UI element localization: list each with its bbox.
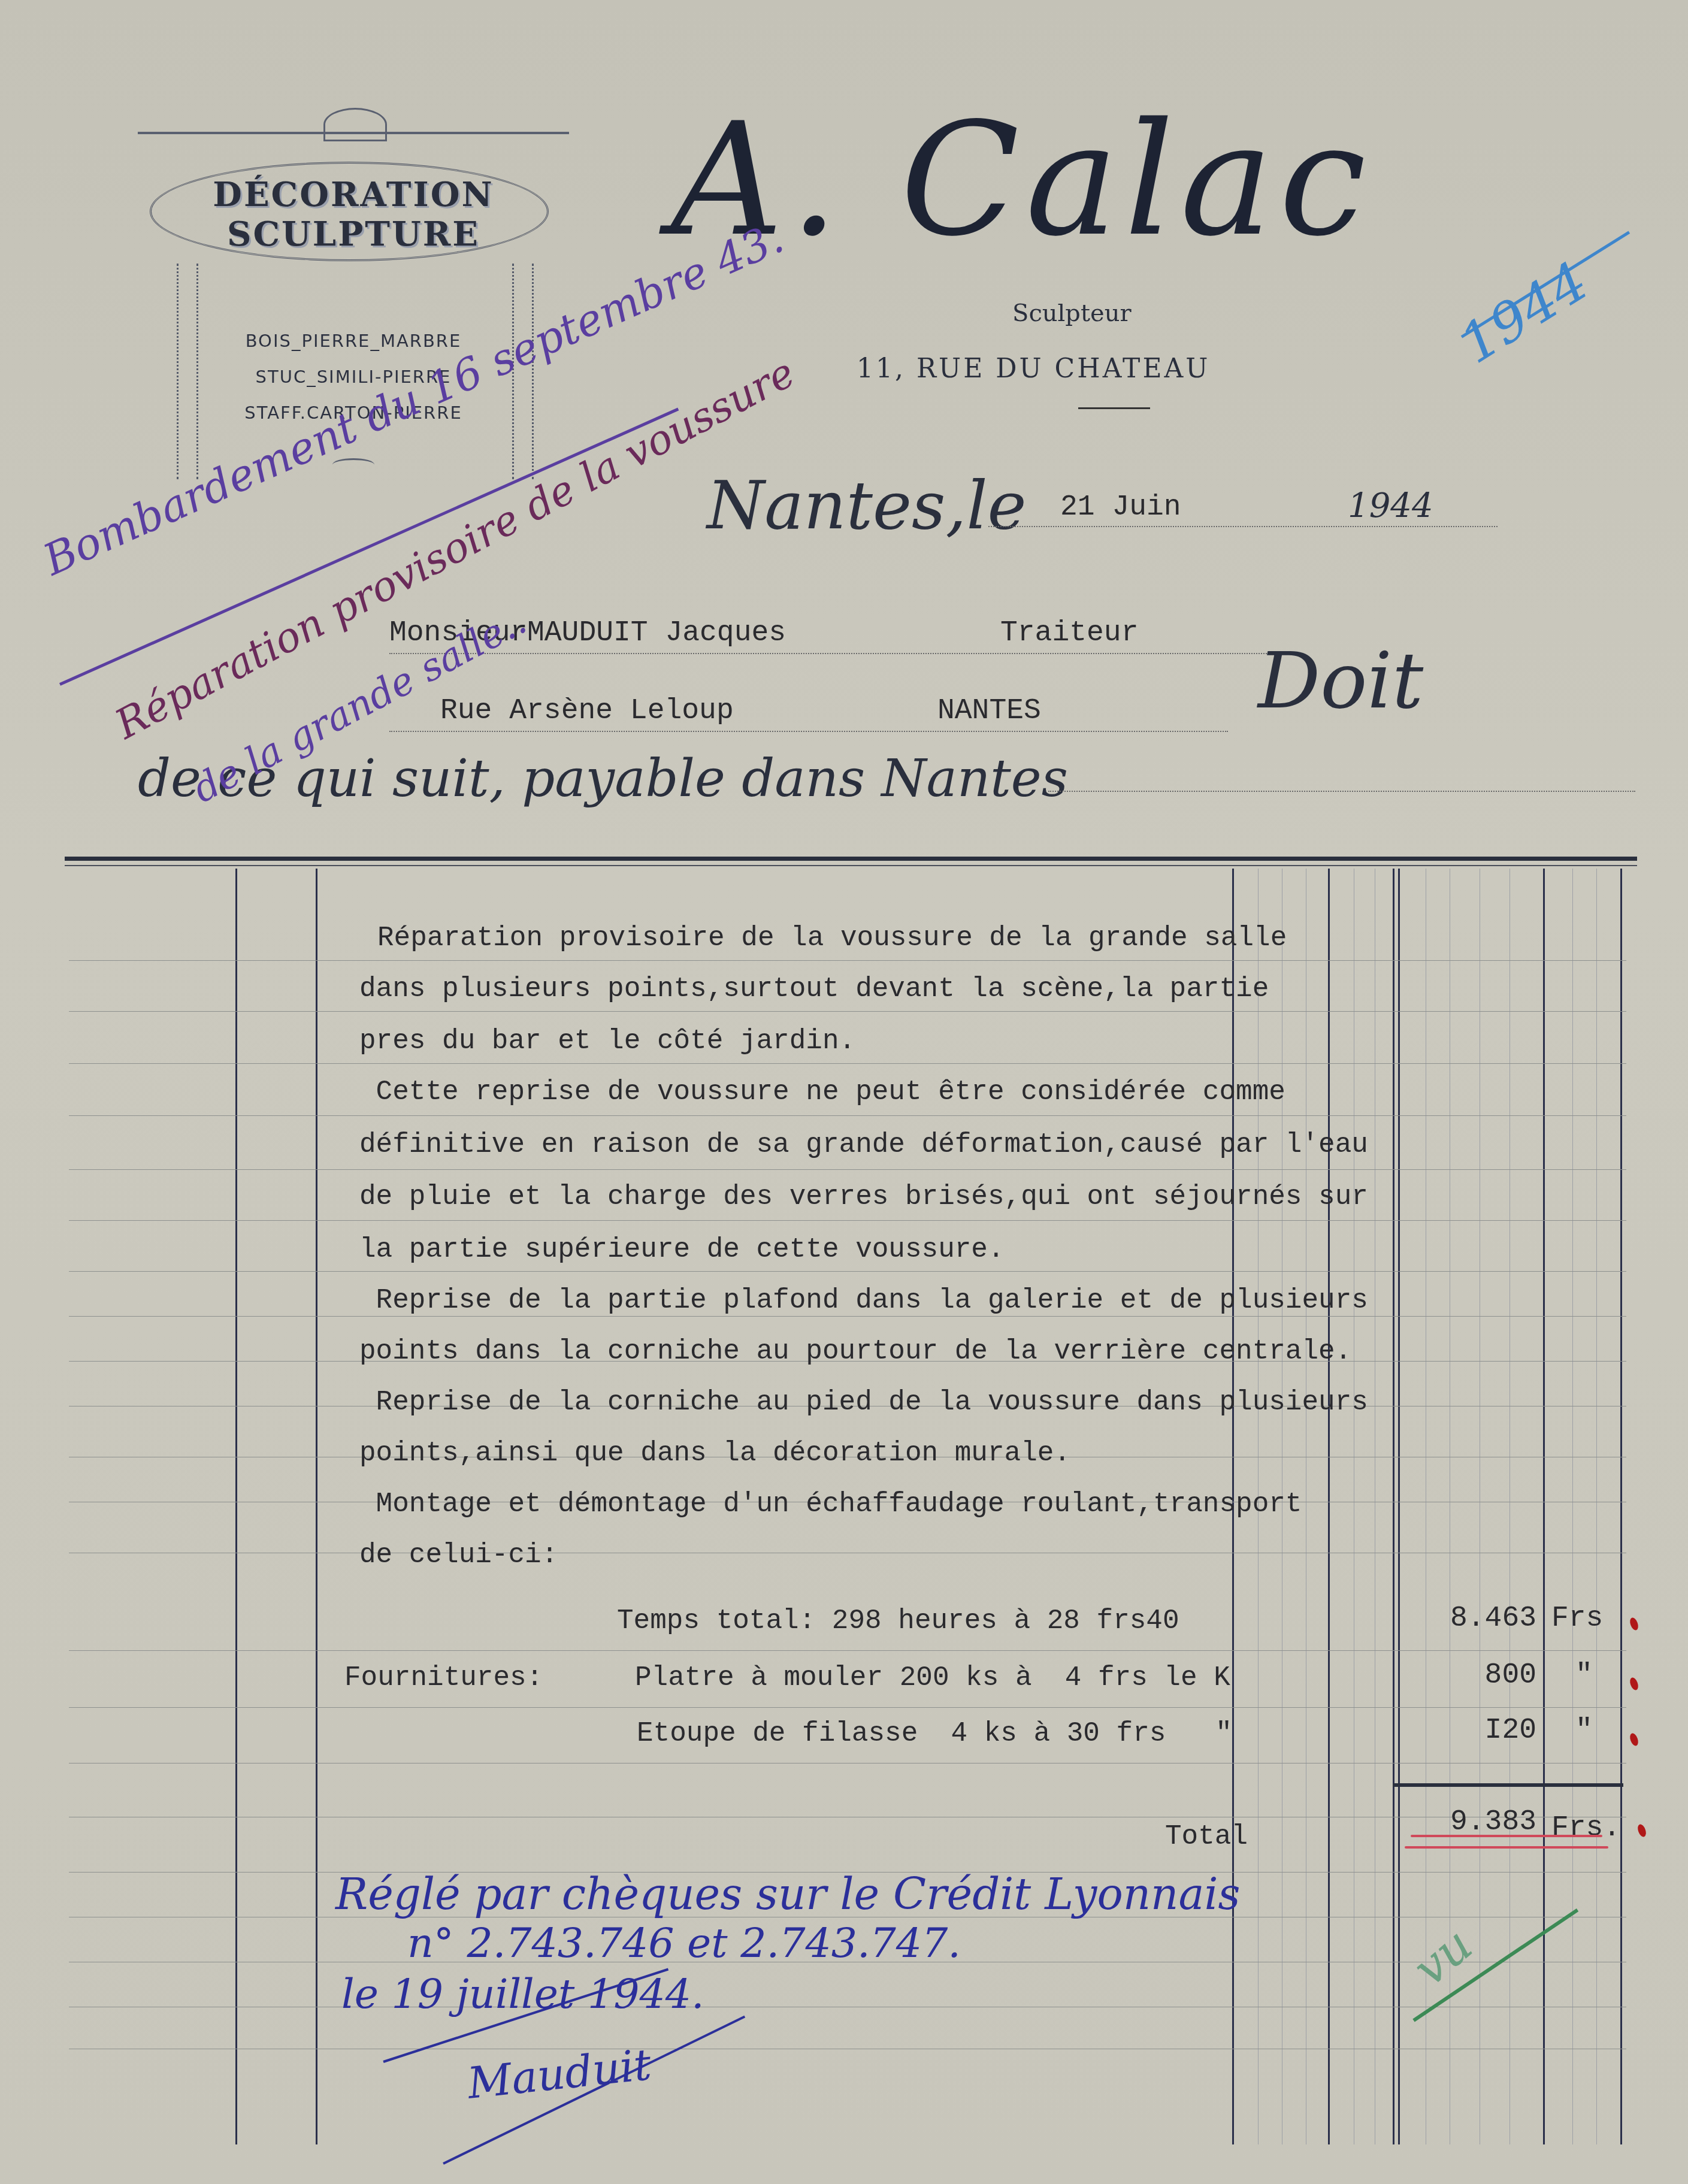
body-line-3: pres du bar et le côté jardin. xyxy=(359,1026,855,1057)
ledger-col-5a xyxy=(1393,869,1394,2144)
body-line-2: dans plusieurs points,surtout devant la … xyxy=(359,973,1269,1005)
item-2-unit: " xyxy=(1575,1659,1611,1692)
ruled-line xyxy=(69,1011,1626,1012)
body-line-5: définitive en raison de sa grande déform… xyxy=(359,1129,1368,1160)
total-label: Total xyxy=(1165,1821,1248,1852)
ledger-top-rule xyxy=(65,857,1637,861)
item-1-unit: Frs xyxy=(1551,1602,1617,1635)
ruled-line xyxy=(69,2007,1626,2007)
ruled-line xyxy=(69,1169,1626,1170)
subtotal-rule xyxy=(1393,1783,1623,1787)
total-double-underline-2 xyxy=(1405,1846,1608,1849)
body-line-8: Reprise de la partie plafond dans la gal… xyxy=(359,1285,1368,1316)
item-3-description: Etoupe de filasse 4 ks à 30 frs " xyxy=(637,1718,1232,1749)
check-mark-icon xyxy=(1629,1732,1640,1747)
ruled-line xyxy=(69,1115,1626,1116)
item-1-amount: 8.463 xyxy=(1402,1602,1536,1635)
recipient-city: NANTES xyxy=(937,695,1041,727)
body-line-13: de celui-ci: xyxy=(359,1539,558,1571)
ledger-grid-thin xyxy=(1306,869,1306,2144)
body-line-10: Reprise de la corniche au pied de la vou… xyxy=(359,1387,1368,1418)
check-mark-icon xyxy=(1629,1677,1640,1692)
place-prefix: Nantes,le xyxy=(707,467,1027,544)
body-line-7: la partie supérieure de cette voussure. xyxy=(359,1234,1005,1265)
ledger-top-rule-thin xyxy=(65,865,1637,866)
payment-note-line-1: Réglé par chèques sur le Crédit Lyonnais xyxy=(335,1869,1240,1919)
ruled-line xyxy=(69,1707,1626,1708)
total-amount: 9.383 xyxy=(1402,1806,1536,1838)
logo-line-2: SCULPTURE xyxy=(138,214,569,254)
date-rule xyxy=(988,526,1498,527)
ruled-line xyxy=(69,1316,1626,1317)
ledger-grid-thin xyxy=(1480,869,1480,2144)
payment-note-line-3: le 19 juillet 1944. xyxy=(341,1971,704,2018)
body-line-6: de pluie et la charge des verres brisés,… xyxy=(359,1181,1368,1212)
payment-note-line-2: n° 2.743.746 et 2.743.747. xyxy=(407,1920,961,1967)
ledger-col-4 xyxy=(1328,869,1330,2144)
item-2-label: Fournitures: xyxy=(344,1662,543,1693)
ruled-line xyxy=(69,1763,1626,1763)
ledger-grid-thin xyxy=(1354,869,1354,2144)
flourish-icon xyxy=(332,458,374,471)
ruled-line xyxy=(69,960,1626,961)
ledger-col-7 xyxy=(1620,869,1622,2144)
body-line-11: points,ainsi que dans la décoration mura… xyxy=(359,1438,1070,1469)
recipient-street: Rue Arsène Leloup xyxy=(440,695,734,727)
ledger-grid-thin xyxy=(1375,869,1375,2144)
body-line-9: points dans la corniche au pourtour de l… xyxy=(359,1336,1351,1367)
recipient-name: MAUDUIT Jacques xyxy=(527,617,786,649)
recipient-rule xyxy=(389,653,1276,654)
year-stamp: 1944 xyxy=(1450,250,1599,376)
ledger-grid-thin xyxy=(1572,869,1573,2144)
address-rule xyxy=(1078,407,1150,409)
total-double-underline-1 xyxy=(1411,1835,1602,1837)
logo-line-1: DÉCORATION xyxy=(138,175,569,214)
ruled-line xyxy=(69,1817,1626,1817)
street-rule xyxy=(389,731,1228,732)
body-line-4: Cette reprise de voussure ne peut être c… xyxy=(359,1076,1285,1108)
company-title: Sculpteur xyxy=(1012,300,1132,327)
ruled-line xyxy=(69,1220,1626,1221)
payable-rule xyxy=(1048,791,1635,792)
check-mark-icon xyxy=(1636,1823,1648,1838)
invoice-page: DÉCORATION SCULPTURE BOIS_PIERRE_MARBRE … xyxy=(0,0,1688,2184)
ledger-col-6 xyxy=(1543,869,1545,2144)
ruled-line xyxy=(69,1063,1626,1064)
company-address: 11, RUE DU CHATEAU xyxy=(857,353,1210,384)
ledger-col-1 xyxy=(235,869,237,2144)
ledger-col-5b xyxy=(1398,869,1400,2144)
ruled-line xyxy=(69,2049,1626,2049)
body-line-12: Montage et démontage d'un échaffaudage r… xyxy=(359,1489,1302,1520)
invoice-year: 1944 xyxy=(1348,486,1433,525)
item-2-amount: 800 xyxy=(1402,1659,1536,1692)
approval-mark: vu xyxy=(1402,1917,1483,1997)
bow-ornament-icon xyxy=(323,108,387,141)
body-line-1: Réparation provisoire de la voussure de … xyxy=(377,922,1287,954)
check-mark-icon xyxy=(1629,1617,1640,1632)
recipient-trade: Traiteur xyxy=(1000,617,1138,649)
item-1-description: Temps total: 298 heures à 28 frs40 xyxy=(617,1605,1179,1637)
ruled-line xyxy=(69,1650,1626,1651)
item-3-amount: I20 xyxy=(1402,1714,1536,1747)
ledger-col-2 xyxy=(316,869,317,2144)
ruled-line xyxy=(69,1271,1626,1272)
item-2-description: Platre à mouler 200 ks à 4 frs le K xyxy=(635,1662,1230,1693)
ruled-line xyxy=(69,1553,1626,1553)
doit-label: Doit xyxy=(1258,635,1423,726)
ledger-grid-thin xyxy=(1596,869,1597,2144)
item-3-unit: " xyxy=(1575,1714,1611,1747)
invoice-date: 21 Juin xyxy=(1060,491,1181,524)
total-unit: Frs. xyxy=(1551,1812,1629,1844)
